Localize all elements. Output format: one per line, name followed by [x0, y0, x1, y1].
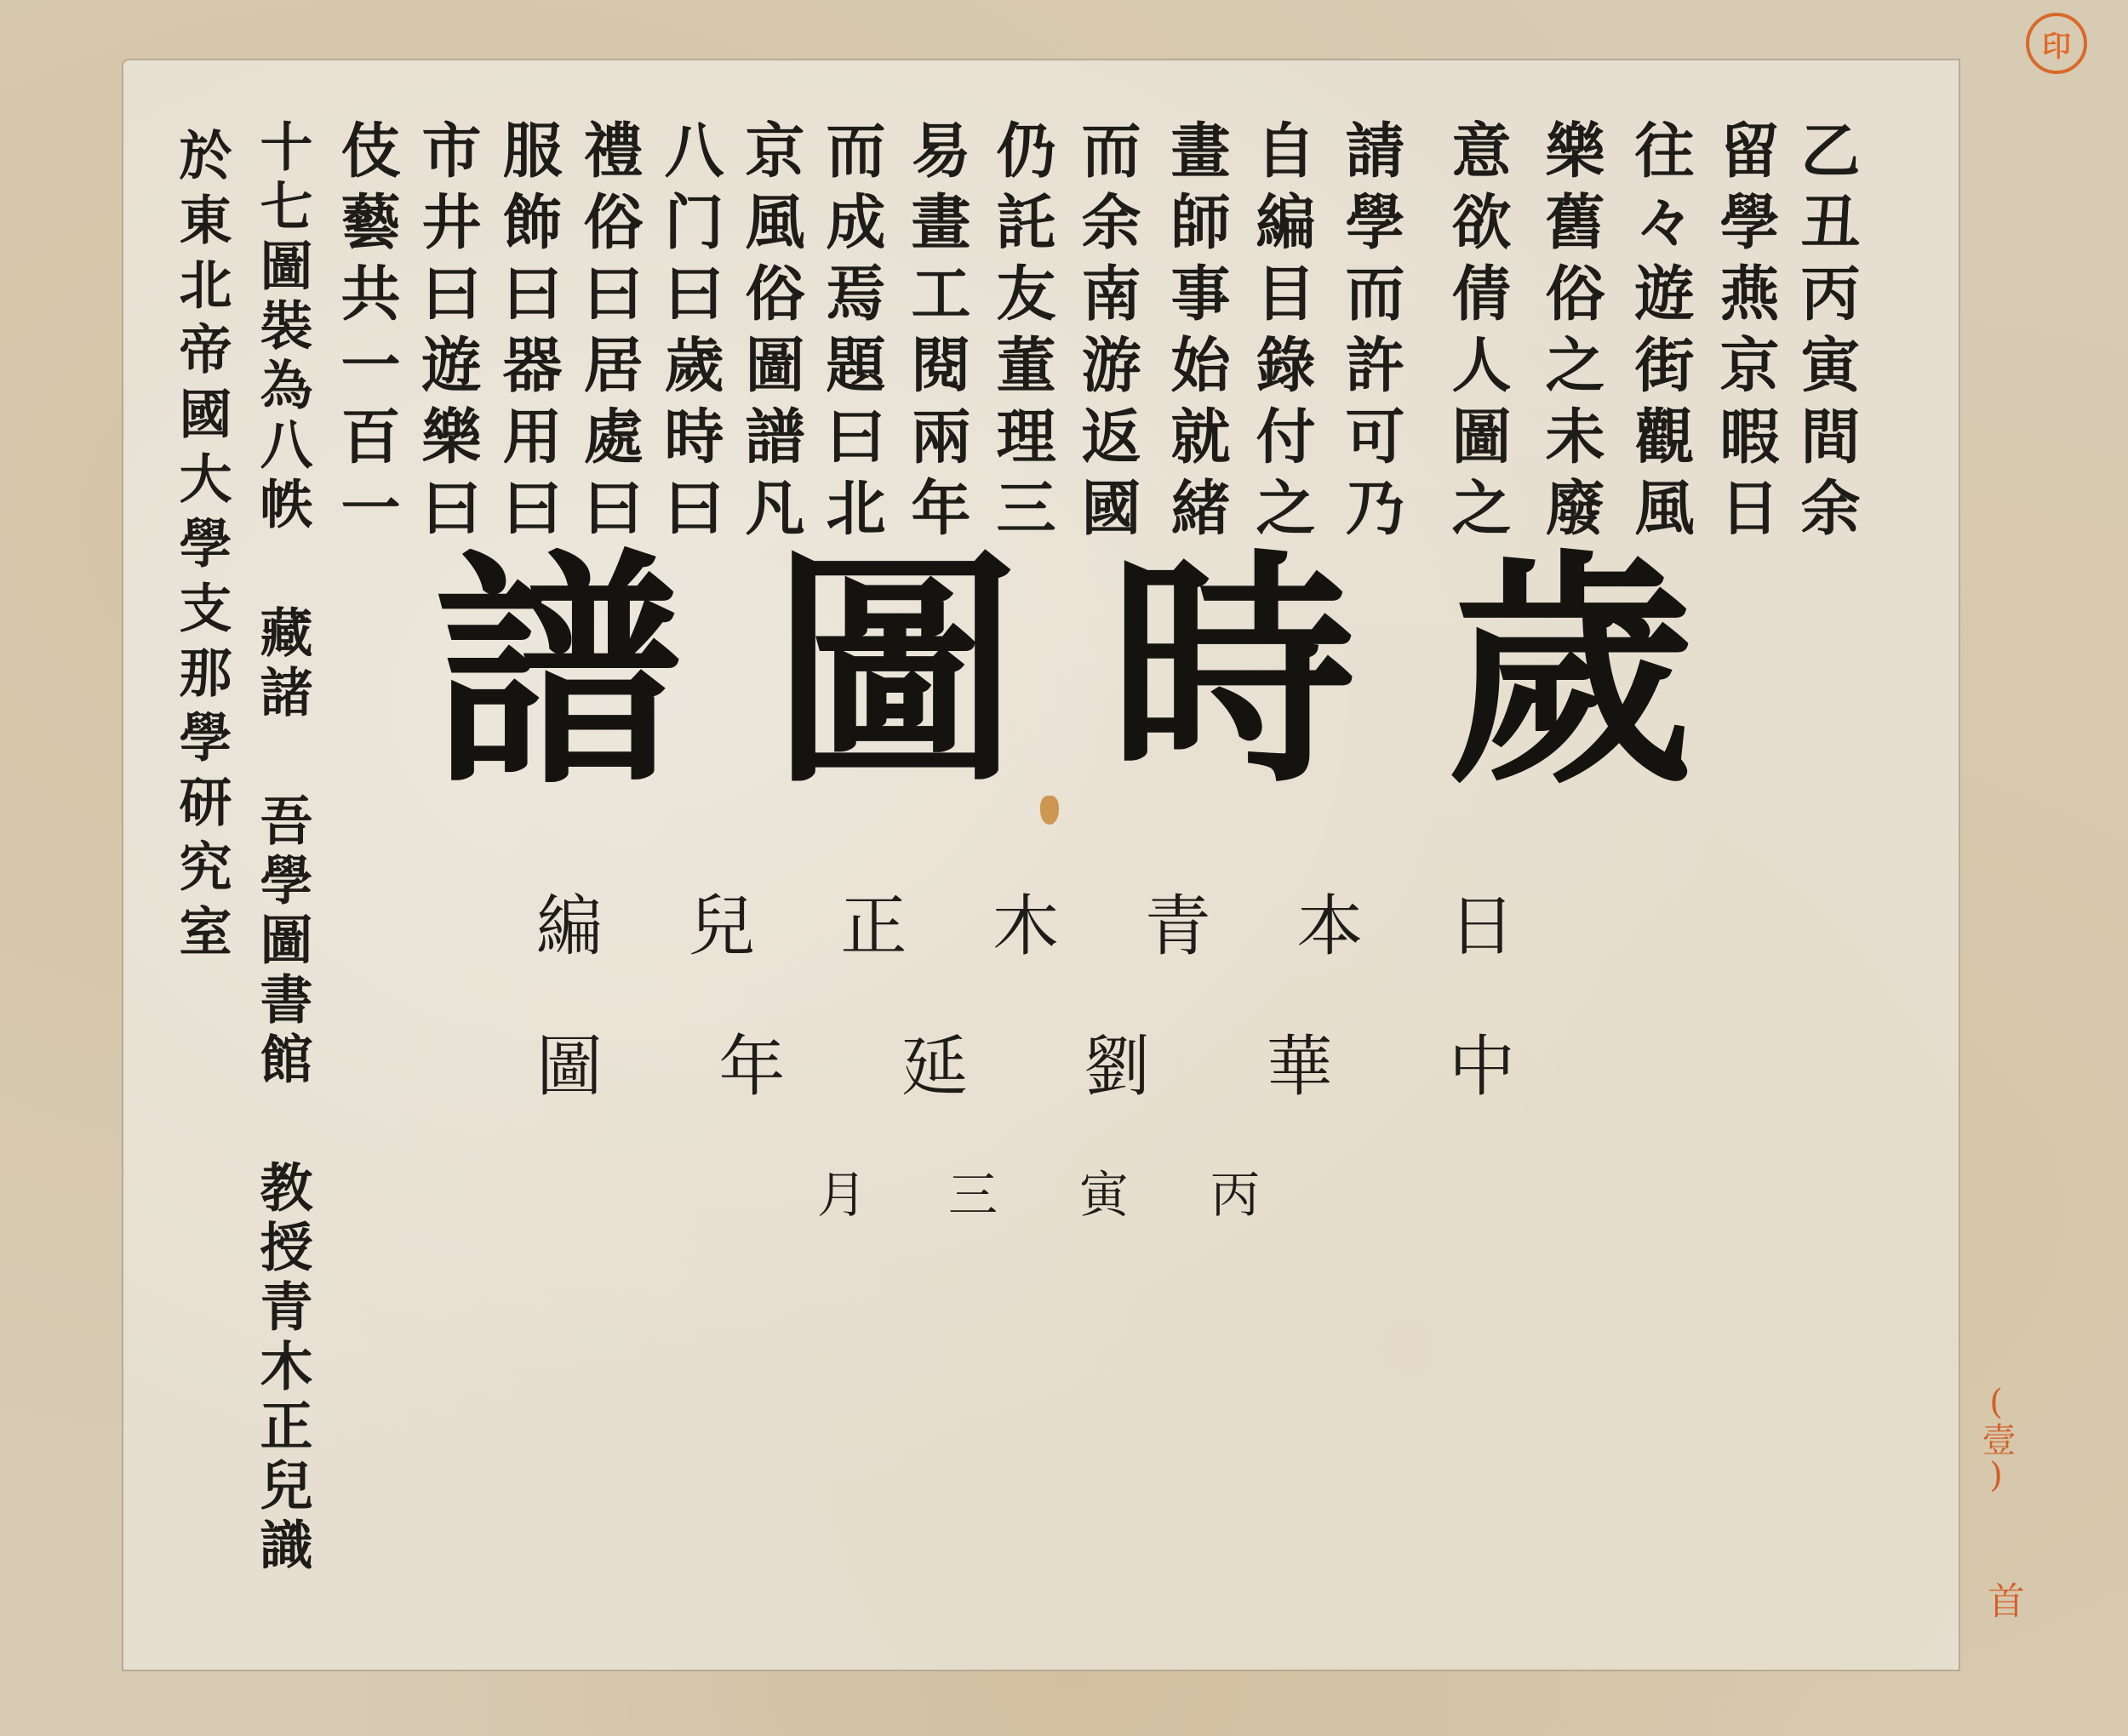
credit-line-illustrator: 中 華 劉 延 年 圖 — [536, 1034, 1515, 1100]
colophon-column-10: 仍託友董理三 — [992, 119, 1051, 548]
date-char: 寅 — [1079, 1170, 1129, 1219]
colophon-column-1: 乙丑丙寅間余 — [1796, 119, 1856, 548]
credit-char: 木 — [992, 894, 1059, 960]
colophon-column-8: 畫師事始就緒 — [1166, 119, 1226, 548]
date-char: 三 — [948, 1170, 998, 1219]
colophon-column-6: 請學而許可乃 — [1341, 119, 1400, 548]
colophon-column-2: 留學燕京暇日 — [1715, 119, 1775, 548]
title-char-4: 譜 — [434, 549, 681, 796]
leaf-label: 首 — [1983, 1581, 2021, 1619]
title-char-1: 歲 — [1447, 549, 1694, 796]
credit-char: 華 — [1267, 1034, 1333, 1100]
credit-char: 青 — [1145, 894, 1211, 960]
colophon-column-3: 往々遊街觀風 — [1630, 119, 1690, 548]
colophon-column-16: 服飾曰器用曰 — [498, 119, 558, 548]
credit-char: 年 — [718, 1034, 785, 1100]
colophon-column-7: 自編目錄付之 — [1251, 119, 1311, 548]
credit-char: 中 — [1449, 1034, 1515, 1100]
credit-line-compiler: 日 本 青 木 正 兒 編 — [536, 894, 1515, 960]
title-char-3: 圖 — [772, 549, 1019, 796]
colophon-column-15: 禮俗曰居處曰 — [579, 119, 638, 548]
colophon-column-12: 而成焉題曰北 — [821, 119, 881, 548]
page-title: 歲 時 圖 譜 — [434, 545, 1694, 800]
credit-char: 兒 — [689, 894, 755, 960]
colophon-column-11: 易畫工閱兩年 — [907, 119, 966, 548]
ink-stain — [1040, 796, 1059, 825]
credit-char: 延 — [901, 1034, 968, 1100]
credit-char: 正 — [840, 894, 907, 960]
colophon-column-9: 而余南游返國 — [1077, 119, 1136, 548]
date-char: 丙 — [1210, 1170, 1260, 1219]
colophon-column-17: 市井曰遊樂曰 — [417, 119, 477, 548]
date-char: 月 — [817, 1170, 867, 1219]
colophon-column-4: 樂舊俗之未廢 — [1541, 119, 1600, 548]
colophon-column-5: 意欲倩人圖之 — [1447, 119, 1507, 548]
colophon-column-19: 十七圖裝為八帙 藏諸 吾學圖書館 教授青木正兒識 — [255, 119, 308, 1577]
credit-char: 劉 — [1084, 1034, 1150, 1100]
credit-char: 編 — [536, 894, 603, 960]
date-line: 丙 寅 三 月 — [817, 1170, 1260, 1219]
credit-char: 本 — [1296, 894, 1363, 960]
colophon-column-13: 京風俗圖譜凡 — [741, 119, 800, 548]
colophon-column-18: 伎藝共一百一 — [336, 119, 396, 548]
volume-number: (壹) — [1979, 1383, 2013, 1495]
credit-char: 日 — [1449, 894, 1515, 960]
colophon-column-14: 八门曰歲時曰 — [660, 119, 719, 548]
colophon-column-20: 於東北帝國大學支那學研究室 — [174, 128, 227, 968]
title-char-2: 時 — [1109, 549, 1356, 796]
seal-stamp-icon: 印 — [2026, 13, 2087, 74]
credit-char: 圖 — [536, 1034, 603, 1100]
